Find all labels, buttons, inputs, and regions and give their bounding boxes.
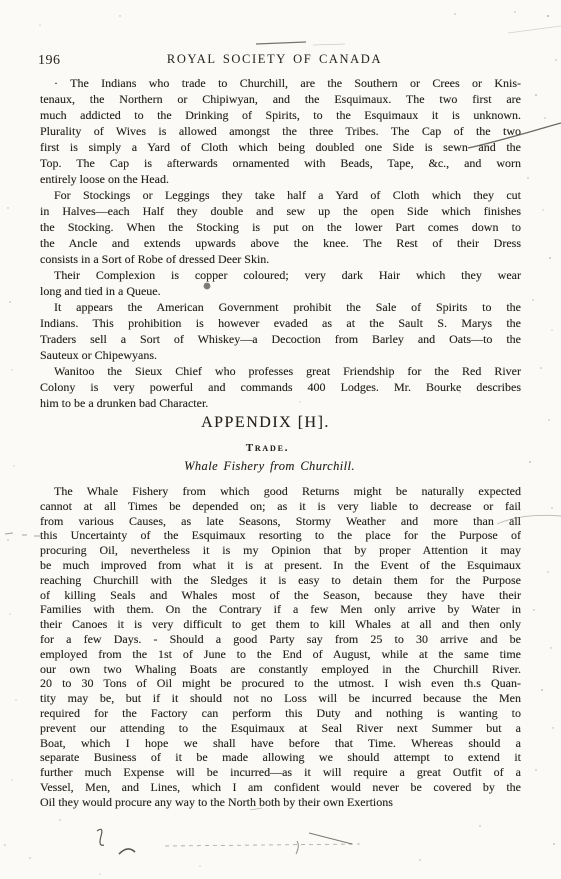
text-line: Wanitoo the Sieux Chief who professes gr… [40, 363, 521, 379]
text-line: Vessel, Men, and Lines, which I am confi… [40, 780, 521, 795]
appendix-section-title: Whale Fishery from Churchill. [0, 459, 539, 474]
paragraph-complexion: Their Complexion is copper coloured; ver… [40, 267, 521, 299]
text-line: It appears the American Government prohi… [40, 299, 521, 315]
text-line: procuring Oil, nevertheless it is my Opi… [40, 543, 521, 558]
text-line: tenaux, the Northern or Chipiwyan, and t… [40, 91, 521, 107]
text-line: tity may be, but if it should not no Los… [40, 691, 521, 706]
text-line: 20 to 30 Tons of Oil might be procured t… [40, 676, 521, 691]
page-header: 196 ROYAL SOCIETY OF CANADA [38, 52, 531, 70]
text-line: in Halves—each Half they double and sew … [40, 203, 521, 219]
text-line: Their Complexion is copper coloured; ver… [40, 267, 521, 283]
text-line: reaching Churchill with the Sledges it i… [40, 573, 521, 588]
text-line: prevent our attending to the Esquimaux a… [40, 721, 521, 736]
bottom-diagonal [309, 833, 352, 844]
text-line: · The Indians who trade to Churchill, ar… [40, 75, 521, 91]
paragraph-spirits-prohibition: It appears the American Government prohi… [40, 299, 521, 363]
text-line: him to be a drunken bad Character. [40, 395, 521, 411]
text-line: consists in a Sort of Robe of dressed De… [40, 251, 521, 267]
bottom-squiggle-b [97, 829, 104, 845]
text-line: For Stockings or Leggings they take half… [40, 187, 521, 203]
text-line: our own two Whaling Boats are constantly… [40, 662, 521, 677]
text-line: The Whale Fishery from which good Return… [40, 484, 521, 499]
text-line: long and tied in a Queue. [40, 283, 521, 299]
appendix-heading: APPENDIX [H]. [0, 414, 531, 432]
text-line: employed from the 1st of June to the End… [40, 647, 521, 662]
bottom-curl [119, 849, 135, 854]
text-line: Sauteux or Chipewyans. [40, 347, 521, 363]
text-line: their Canoes it is very difficult to get… [40, 617, 521, 632]
text-line: the Stocking. When the Stocking is put o… [40, 219, 521, 235]
text-line: the Ancle and extends upwards above the … [40, 235, 521, 251]
paragraph-whale-fishery: The Whale Fishery from which good Return… [40, 484, 521, 810]
text-line: first is simply a Yard of Cloth which be… [40, 139, 521, 155]
paragraph-stockings: For Stockings or Leggings they take half… [40, 187, 521, 267]
text-line: Indians. This prohibition is however eva… [40, 315, 521, 331]
main-text-column: · The Indians who trade to Churchill, ar… [40, 75, 521, 411]
text-line: Boat, which I hope we shall have before … [40, 736, 521, 751]
text-line: separate Business of it be made allowing… [40, 750, 521, 765]
text-line: much addicted to the Drinking of Spirits… [40, 107, 521, 123]
appendix-subheading-trade: Trade. [0, 442, 535, 454]
text-line: this Uncertainty of the Esquimaux resort… [40, 528, 521, 543]
text-line: Families with them. On the Contrary if a… [40, 602, 521, 617]
corner-scratch [508, 26, 561, 33]
text-line: entirely loose on the Head. [40, 171, 521, 187]
paragraph-indians-trade: · The Indians who trade to Churchill, ar… [40, 75, 521, 187]
paragraph-wanitoo: Wanitoo the Sieux Chief who professes gr… [40, 363, 521, 411]
text-line: of killing Seals and Whales most of the … [40, 588, 521, 603]
text-line: from various Causes, as late Seasons, St… [40, 514, 521, 529]
text-line: Traders sell a Sort of Whiskey—a Decocti… [40, 331, 521, 347]
text-line: Colony is very powerful and commands 400… [40, 379, 521, 395]
margin-dashes [5, 533, 40, 536]
text-line: for a few Days. - Should a good Party sa… [40, 632, 521, 647]
scanned-book-page: 196 ROYAL SOCIETY OF CANADA · The Indian… [0, 0, 561, 879]
text-line: cannot at all Times be depended on; as i… [40, 499, 521, 514]
text-line: Plurality of Wives is allowed amongst th… [40, 123, 521, 139]
bottom-dashed-line [165, 844, 360, 846]
text-line: Top. The Cap is afterwards ornamented wi… [40, 155, 521, 171]
text-line: further much Expense will be incurred—as… [40, 765, 521, 780]
header-rule-mark [256, 42, 306, 44]
appendix-text-column: The Whale Fishery from which good Return… [40, 484, 521, 810]
running-head: ROYAL SOCIETY OF CANADA [38, 52, 511, 67]
text-line: be much improved from what it is at pres… [40, 558, 521, 573]
header-rule-tail [313, 44, 345, 45]
bottom-tick [296, 841, 298, 854]
text-line: required for the Factory can perform thi… [40, 706, 521, 721]
text-line: Oil they would procure any way to the No… [40, 795, 521, 810]
